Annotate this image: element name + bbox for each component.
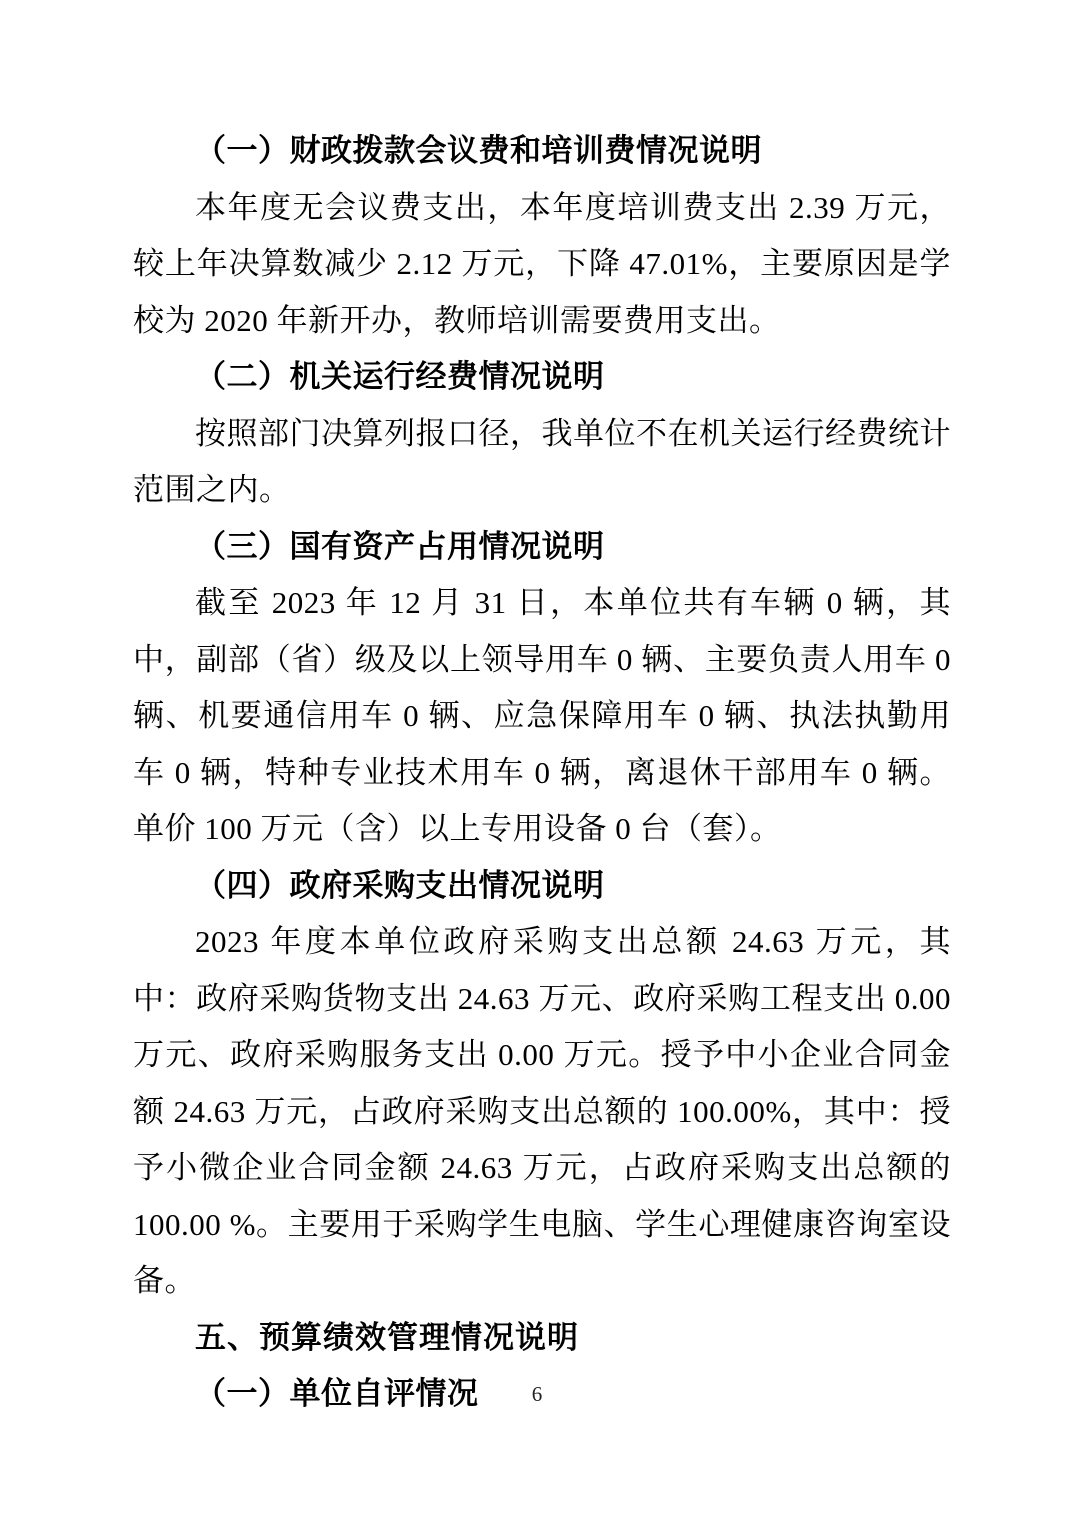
paragraph-government-procurement: 2023 年度本单位政府采购支出总额 24.63 万元，其中：政府采购货物支出 … [133, 914, 951, 1310]
page-number: 6 [532, 1382, 543, 1406]
section-heading-state-assets-occupancy: （三）国有资产占用情况说明 [133, 519, 951, 576]
section-heading-agency-operating-expenses: （二）机关运行经费情况说明 [133, 349, 951, 406]
paragraph-meeting-training-fees: 本年度无会议费支出，本年度培训费支出 2.39 万元，较上年决算数减少 2.12… [133, 180, 951, 350]
document-content: （一）财政拨款会议费和培训费情况说明 本年度无会议费支出，本年度培训费支出 2.… [133, 123, 951, 1423]
document-page: （一）财政拨款会议费和培训费情况说明 本年度无会议费支出，本年度培训费支出 2.… [0, 0, 1074, 1520]
chapter-heading-budget-performance-management: 五、预算绩效管理情况说明 [133, 1310, 951, 1367]
section-heading-government-procurement: （四）政府采购支出情况说明 [133, 858, 951, 915]
paragraph-agency-operating-expenses: 按照部门决算列报口径，我单位不在机关运行经费统计范围之内。 [133, 406, 951, 519]
page-footer: 6 [0, 1382, 1074, 1407]
paragraph-state-assets-occupancy: 截至 2023 年 12 月 31 日，本单位共有车辆 0 辆，其中，副部（省）… [133, 575, 951, 858]
section-heading-meeting-training-fees: （一）财政拨款会议费和培训费情况说明 [133, 123, 951, 180]
